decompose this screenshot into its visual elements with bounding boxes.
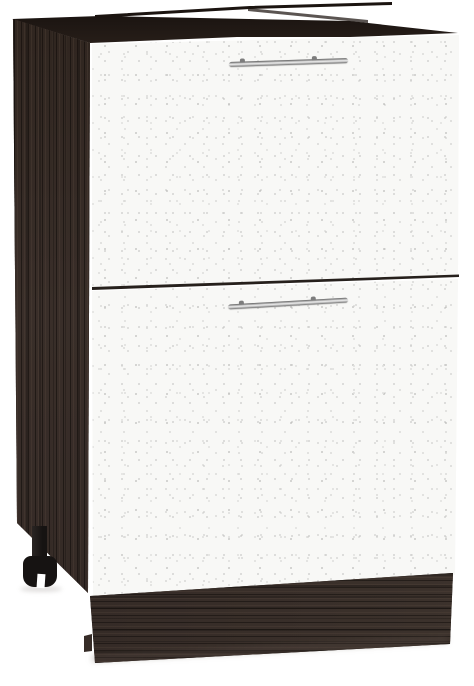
- adjustable-foot-stem: [32, 526, 47, 559]
- handle-mount-icon: [311, 296, 316, 300]
- handle-mount-icon: [240, 58, 245, 62]
- handle-mount-icon: [239, 301, 244, 305]
- adjustable-foot-notch: [37, 574, 46, 589]
- handle-mount-icon: [312, 56, 317, 60]
- product-photo-kitchen-base-cabinet: [0, 0, 474, 686]
